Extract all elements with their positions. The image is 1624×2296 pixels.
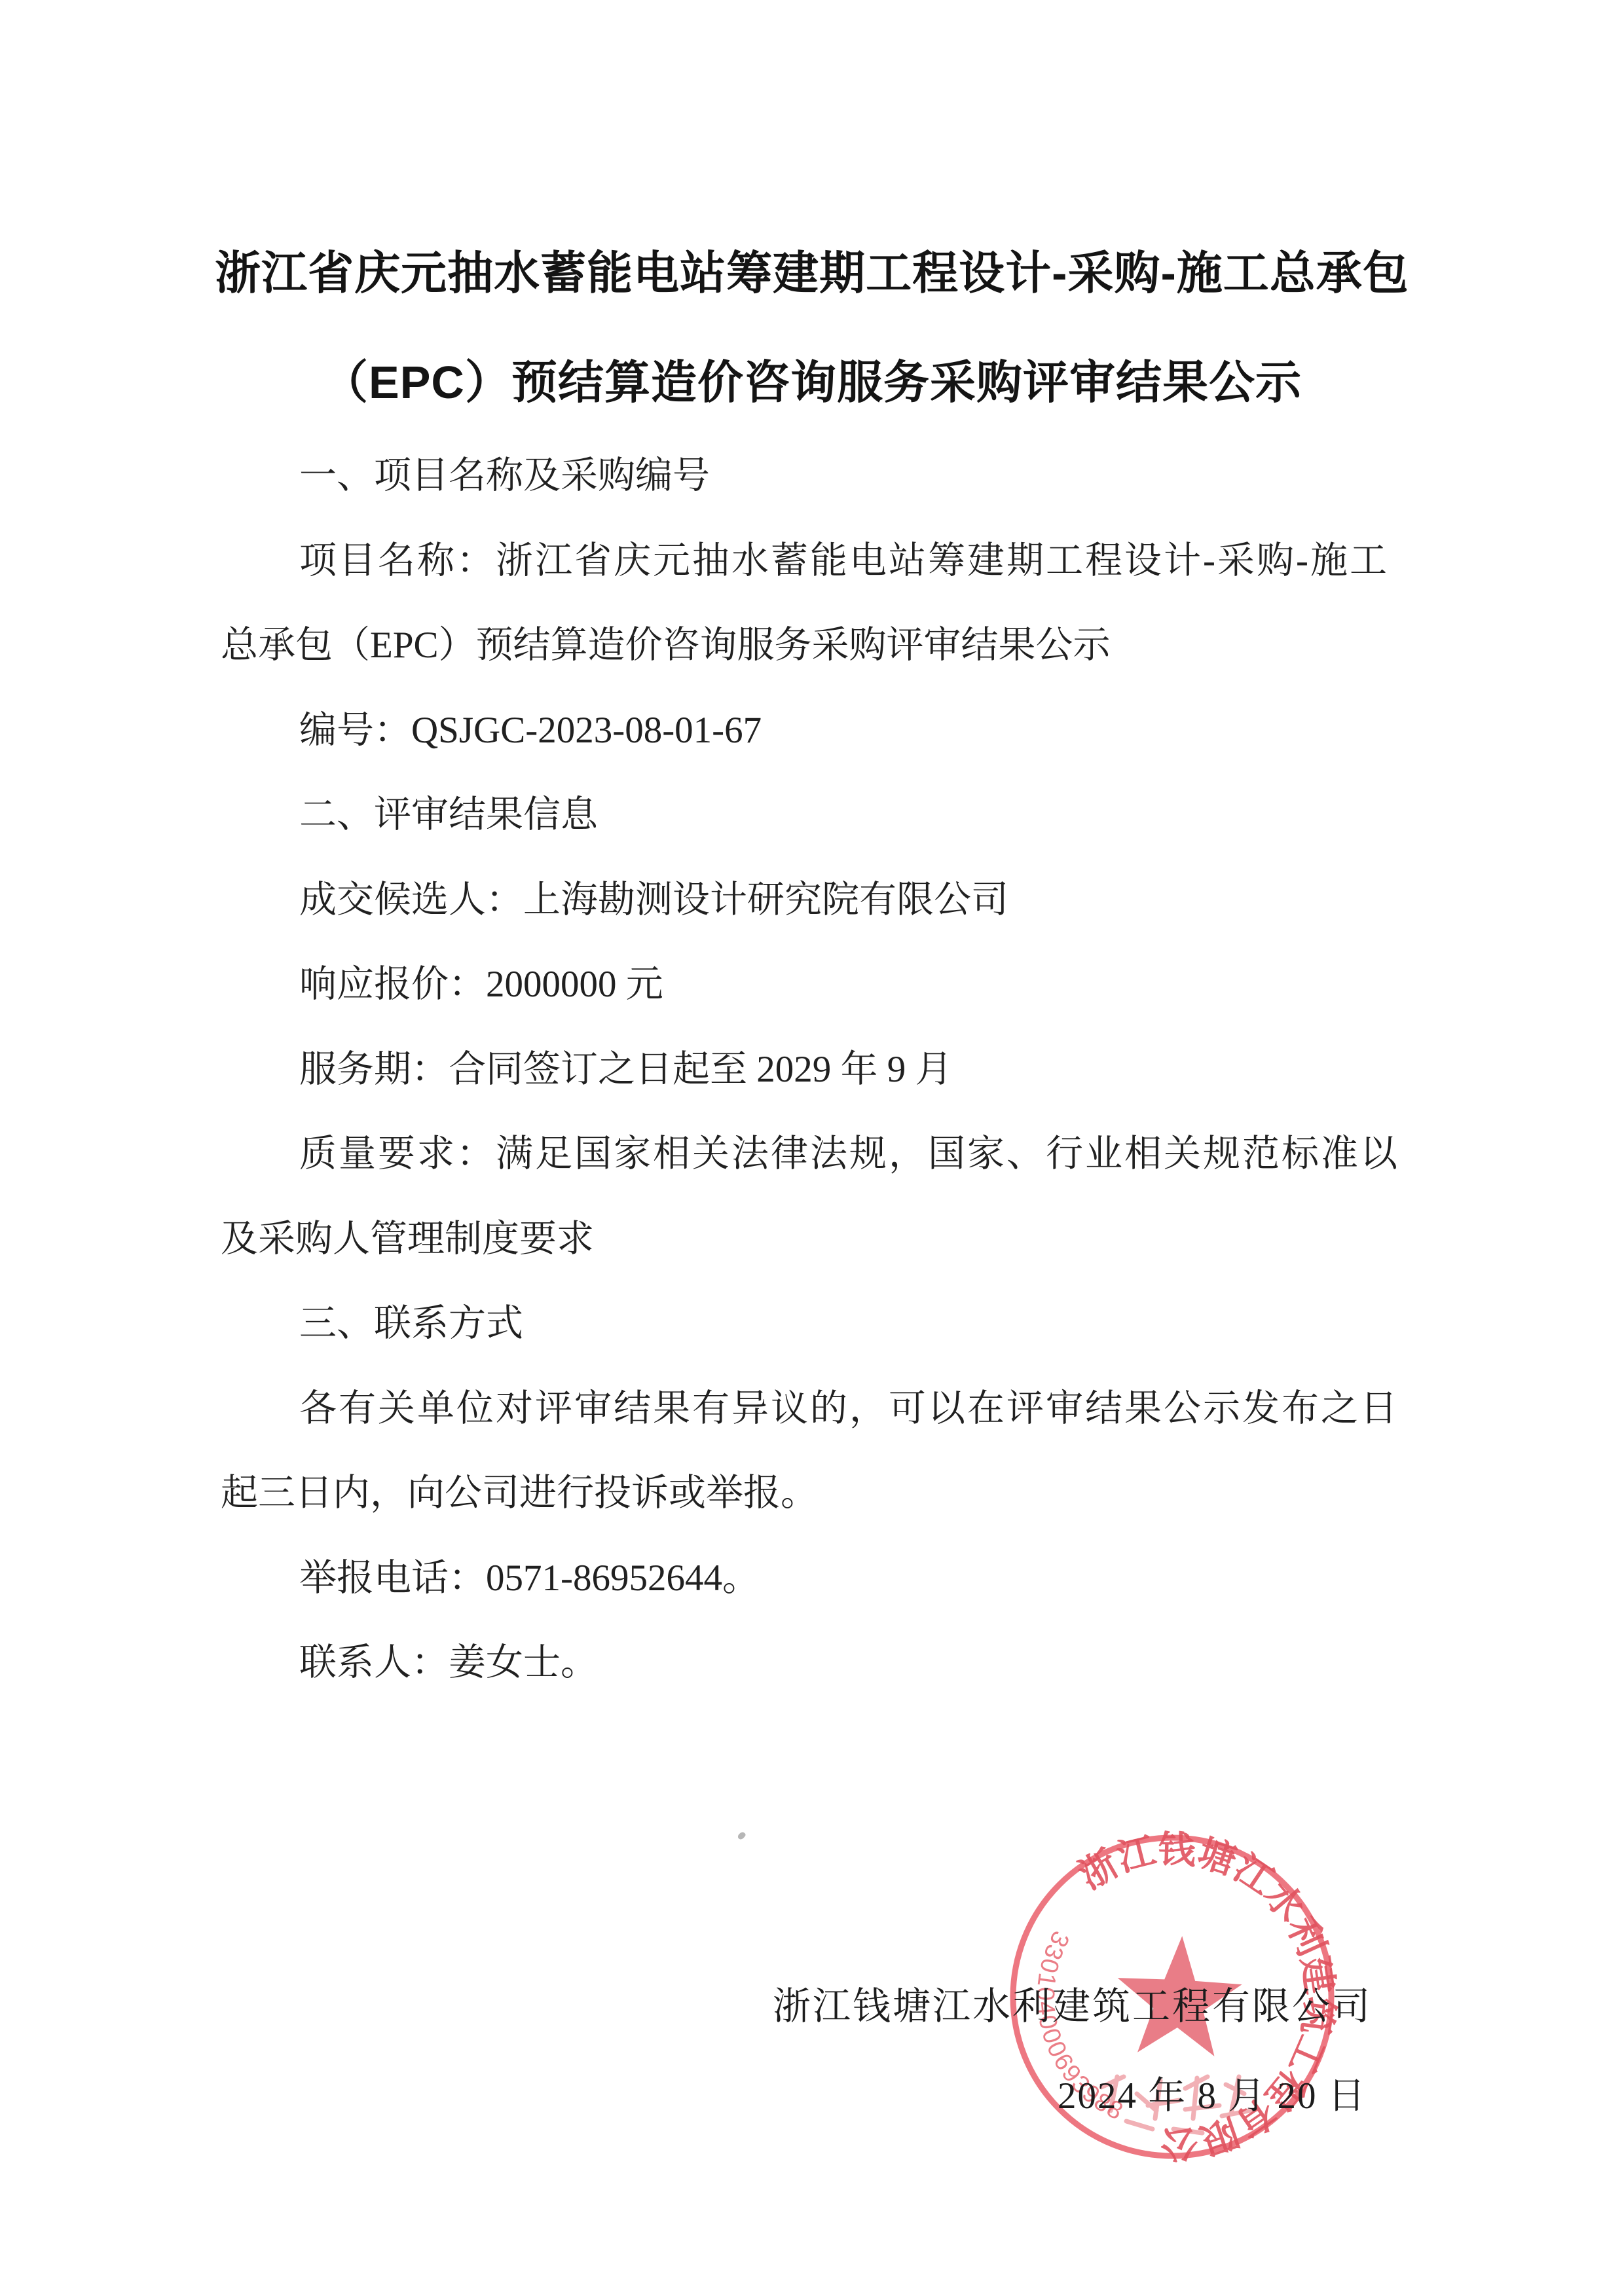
document-line: 质量要求：满足国家相关法律法规，国家、行业相关规范标准以 (221, 1112, 1409, 1197)
document-page: 浙江省庆元抽水蓄能电站筹建期工程设计-采购-施工总承包 （EPC）预结算造价咨询… (0, 0, 1624, 2296)
document-line: 总承包（EPC）预结算造价咨询服务采购评审结果公示 (221, 603, 1409, 688)
document-line: 成交候选人：上海勘测设计研究院有限公司 (221, 858, 1409, 943)
document-line: 服务期：合同签订之日起至 2029 年 9 月 (221, 1027, 1409, 1112)
document-line: 响应报价：2000000 元 (221, 942, 1409, 1027)
document-line: 三、联系方式 (221, 1281, 1409, 1366)
document-title-line1: 浙江省庆元抽水蓄能电站筹建期工程设计-采购-施工总承包 (0, 250, 1624, 296)
document-line: 一、项目名称及采购编号 (221, 433, 1409, 519)
signature-date: 2024 年 8 月 20 日 (1058, 2074, 1367, 2119)
document-line: 各有关单位对评审结果有异议的，可以在评审结果公示发布之日 (221, 1366, 1409, 1451)
document-line: 举报电话：0571-86952644。 (221, 1536, 1409, 1621)
document-title-line2: （EPC）预结算造价咨询服务采购评审结果公示 (0, 359, 1624, 405)
document-line: 编号：QSJGC-2023-08-01-67 (221, 688, 1409, 773)
document-line: 及采购人管理制度要求 (221, 1197, 1409, 1282)
document-line: 起三日内，向公司进行投诉或举报。 (221, 1451, 1409, 1536)
document-line: 二、评审结果信息 (221, 773, 1409, 858)
scan-speck-artifact (737, 1831, 747, 1841)
document-body: 一、项目名称及采购编号项目名称：浙江省庆元抽水蓄能电站筹建期工程设计-采购-施工… (221, 433, 1409, 1705)
document-line: 项目名称：浙江省庆元抽水蓄能电站筹建期工程设计-采购-施工 (221, 519, 1409, 604)
signature-company-name: 浙江钱塘江水利建筑工程有限公司 (773, 1984, 1372, 2030)
document-line: 联系人：姜女士。 (221, 1620, 1409, 1705)
